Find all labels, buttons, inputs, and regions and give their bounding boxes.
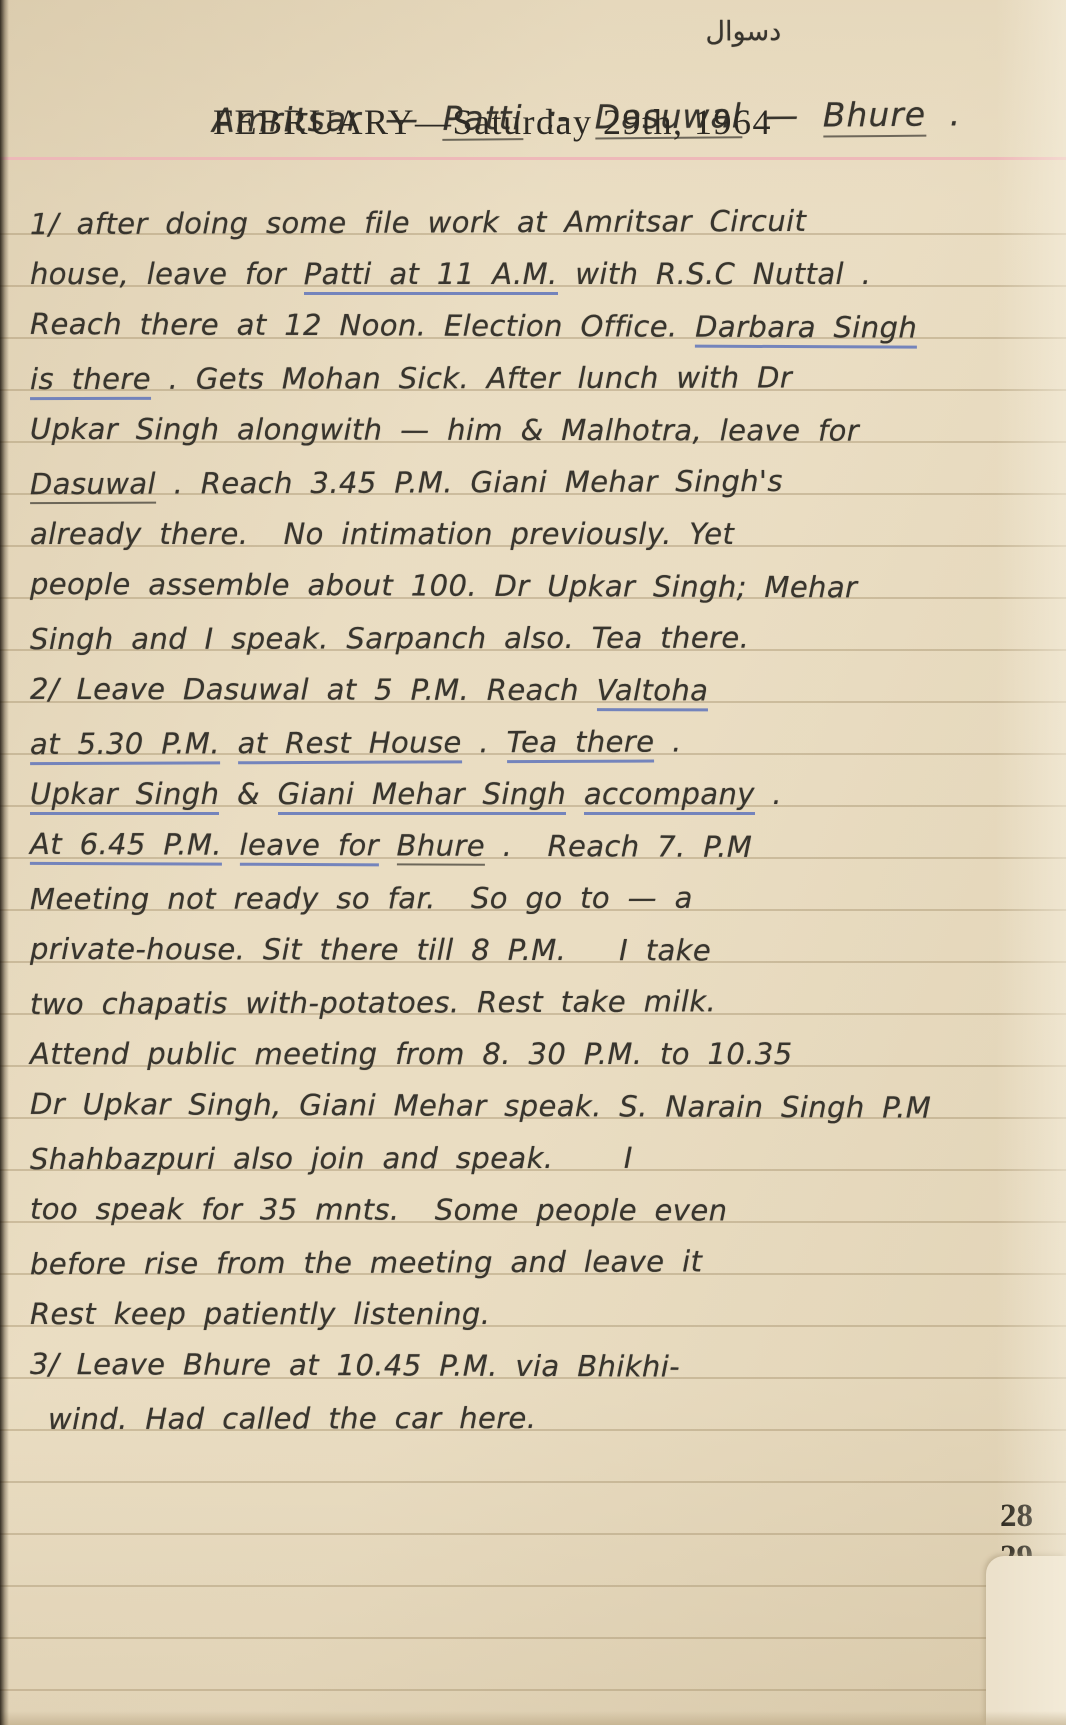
text-segment: accompany	[584, 777, 755, 815]
diary-line: at 5.30 P.M. at Rest House . Tea there .	[30, 714, 1048, 770]
diary-line: 1/ after doing some file work at Amritsa…	[30, 194, 1048, 250]
text-segment: Upkar Singh	[30, 777, 219, 815]
text-segment: already there. No intimation previously.…	[30, 517, 734, 552]
text-segment: is there	[30, 362, 151, 400]
text-segment: 2/ Leave Dasuwal at 5 P.M. Reach	[30, 672, 597, 708]
diary-line: people assemble about 100. Dr Upkar Sing…	[30, 558, 1048, 614]
diary-line: Shahbazpuri also join and speak. I	[30, 1131, 1048, 1185]
text-segment: Singh and I speak. Sarpanch also. Tea th…	[30, 621, 749, 658]
binding-edge	[0, 0, 9, 1725]
text-segment: Darbara Singh	[695, 310, 917, 349]
text-segment: Patti at 11 A.M.	[304, 257, 558, 295]
text-segment: 3/ Leave Bhure at 10.45 P.M. via Bhikhi-	[30, 1347, 680, 1385]
text-segment: at 5.30 P.M.	[30, 726, 220, 765]
diary-page: دسوال Amritsar — Patti :- Dasuwal — Bhur…	[0, 0, 1066, 1725]
diary-line: private-house. Sit there till 8 P.M. I t…	[30, 923, 1048, 977]
diary-line: Upkar Singh alongwith — him & Malhotra, …	[30, 403, 1048, 457]
printed-date-header: FEBRUARY—Saturday 29th, 1964	[213, 101, 772, 143]
text-segment: people assemble about 100. Dr Upkar Sing…	[30, 567, 858, 605]
text-segment: leave for	[240, 828, 380, 867]
text-segment: Upkar Singh alongwith — him & Malhotra, …	[30, 412, 859, 449]
diary-line: Rest keep patiently listening.	[30, 1288, 1048, 1340]
text-segment: Shahbazpuri also join and speak. I	[30, 1141, 633, 1177]
diary-line: 2/ Leave Dasuwal at 5 P.M. Reach Valtoha	[30, 663, 1048, 717]
diary-line: 3/ Leave Bhure at 10.45 P.M. via Bhikhi-	[30, 1338, 1048, 1394]
text-segment: Attend public meeting from 8. 30 P.M. to…	[30, 1037, 793, 1072]
text-segment: &	[219, 777, 277, 812]
text-segment	[566, 777, 584, 812]
text-segment: too speak for 35 mnts. Some people even	[30, 1192, 727, 1228]
text-segment: at Rest House	[237, 725, 461, 764]
text-segment: Dasuwal	[30, 467, 156, 505]
diary-line: wind. Had called the car here.	[30, 1391, 1048, 1445]
text-segment: Dr Upkar Singh, Giani Mehar speak. S. Na…	[30, 1087, 931, 1126]
text-segment: .	[654, 724, 681, 759]
text-segment: with R.S.C Nuttal .	[558, 257, 872, 292]
diary-line: Dr Upkar Singh, Giani Mehar speak. S. Na…	[30, 1078, 1048, 1134]
diary-line: Reach there at 12 Noon. Election Office.…	[30, 298, 1048, 354]
diary-body: 1/ after doing some file work at Amritsa…	[0, 196, 1066, 1444]
text-segment: Tea there	[506, 725, 654, 764]
text-segment: Bhure	[397, 828, 486, 865]
text-segment: .	[755, 777, 782, 812]
text-segment: .	[926, 94, 961, 134]
diary-line: house, leave for Patti at 11 A.M. with R…	[30, 248, 1048, 300]
diary-line: Meeting not ready so far. So go to — a	[30, 871, 1048, 925]
text-segment	[220, 726, 238, 761]
page-right-edge	[996, 0, 1066, 1725]
text-segment	[379, 828, 397, 863]
diary-line: before rise from the meeting and leave i…	[30, 1234, 1048, 1290]
text-segment: Bhure	[823, 95, 927, 138]
text-segment: two chapatis with-potatoes. Rest take mi…	[30, 984, 716, 1022]
diary-line: Dasuwal . Reach 3.45 P.M. Giani Mehar Si…	[30, 454, 1048, 510]
diary-line: two chapatis with-potatoes. Rest take mi…	[30, 974, 1048, 1030]
text-segment: .	[462, 725, 507, 760]
diary-line: At 6.45 P.M. leave for Bhure . Reach 7. …	[30, 818, 1048, 874]
handwritten-route-header: دسوال Amritsar — Patti :- Dasuwal — Bhur…	[117, 16, 961, 179]
text-segment: . Gets Mohan Sick. After lunch with Dr	[151, 360, 792, 396]
diary-line: Upkar Singh & Giani Mehar Singh accompan…	[30, 768, 1048, 820]
text-segment: house, leave for	[30, 257, 304, 292]
text-segment: before rise from the meeting and leave i…	[30, 1244, 703, 1282]
text-segment	[222, 828, 240, 863]
text-segment: private-house. Sit there till 8 P.M. I t…	[30, 932, 711, 968]
diary-line: already there. No intimation previously.…	[30, 508, 1048, 560]
urdu-annotation: دسوال	[705, 16, 781, 48]
text-segment: Rest keep patiently listening.	[30, 1297, 490, 1332]
text-segment: . Reach 3.45 P.M. Giani Mehar Singh's	[156, 464, 783, 502]
text-segment: wind. Had called the car here.	[48, 1401, 536, 1437]
text-segment: Giani Mehar Singh	[278, 777, 567, 815]
text-segment: Reach there at 12 Noon. Election Office.	[30, 307, 695, 345]
text-segment: At 6.45 P.M.	[30, 827, 222, 866]
text-segment: Meeting not ready so far. So go to — a	[30, 881, 693, 917]
diary-line: Singh and I speak. Sarpanch also. Tea th…	[30, 611, 1048, 665]
page-bottom-edge	[0, 1711, 1066, 1725]
diary-line: is there . Gets Mohan Sick. After lunch …	[30, 351, 1048, 405]
diary-line: Attend public meeting from 8. 30 P.M. to…	[30, 1028, 1048, 1080]
diary-line: too speak for 35 mnts. Some people even	[30, 1183, 1048, 1237]
text-segment: . Reach 7. P.M	[485, 829, 752, 865]
text-segment: 1/ after doing some file work at Amritsa…	[30, 204, 806, 242]
text-segment: Valtoha	[596, 673, 708, 711]
